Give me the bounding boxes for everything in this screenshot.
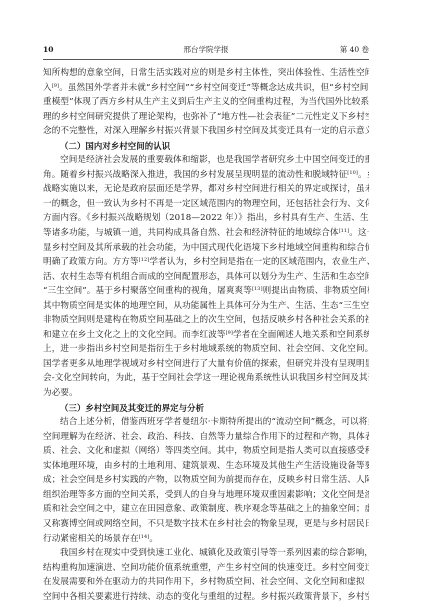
- text-line: 行动紧密相关的场景存在[14]。: [43, 532, 369, 547]
- text-line: 显乡村空间及其所承载的社会功能，为中国式现代化语境下乡村地域空间重构和综合价值重…: [43, 241, 369, 256]
- text-line: 上，进一步指出乡村空间是指衍生于乡村地域系统的物质空间、社会空间、文化空间。尽管…: [43, 342, 369, 357]
- text-line: 战略实施以来，无论是政府层面还是学界，都对乡村空间进行相关的界定或探讨，虽未形成…: [43, 182, 369, 197]
- text-line: 空间是经济社会发展的重要载体和缩影，也是我国学者研究乡土中国空间变迁的重要视: [43, 153, 369, 168]
- volume-label: 第 40 卷: [340, 44, 369, 56]
- section-heading: （二）国内对乡村空间的认识: [43, 139, 369, 154]
- text-line: 知所构想的意象空间，日常生活实践对应的则是乡村主体性，突出体验性、生活性空间的引: [43, 66, 369, 81]
- text-line: 在发展需要和外在驱动力的共同作用下，乡村物质空间、社会空间、文化空间和虚拟（网络…: [43, 575, 369, 590]
- running-header: 10 邢台学院学报 第 40 卷: [43, 44, 369, 58]
- text-line: 成；社会空间是乡村实践的产物，以物质空间为前提而存在，反映乡村日常生活、人际关系…: [43, 473, 369, 488]
- text-line: 和建立在乡土文化之上的文化空间。而李红波等[9]学者在全面阐述人地关系和空间系统…: [43, 328, 369, 343]
- text-line: 质和社会空间之中，建立在田园意象、政策制度、秩序观念等基础之上的抽象空间；虚拟空…: [43, 502, 369, 517]
- text-line: 非物质空间则是建构在物质空间基础之上的次生空间，包括反映乡村各种社会关系的社会空…: [43, 313, 369, 328]
- journal-title: 邢台学院学报: [43, 44, 369, 56]
- article-body: 知所构想的意象空间，日常生活实践对应的则是乡村主体性，突出体验性、生活性空间的引…: [43, 66, 369, 603]
- citation-marker: [13]: [252, 286, 263, 292]
- text-line: 质、社会、文化和虚拟（网络）等四类空间。其中，物质空间是指人类可以直接感受和认知…: [43, 444, 369, 459]
- text-line: 实体地理环境，由乡村的土地利用、建筑景观、生态环境及其他生产生活设施设备等要素所…: [43, 459, 369, 474]
- text-line: 为必要。: [43, 386, 369, 401]
- text-line: 结构重构加速演进、空间功能价值系统重塑，产生乡村空间的快速变迁。乡村空间变迁是在…: [43, 561, 369, 576]
- text-line: 等诸多功能，与城镇一道，共同构成具备自然、社会和经济特征的地域综合体[11]。这…: [43, 226, 369, 241]
- text-line: 一的概念，但一致认为乡村不再是一定区域范围内的物理空间，还包括社会行为、文化意识…: [43, 197, 369, 212]
- citation-marker: [14]: [139, 534, 150, 540]
- text-line: 我国乡村在现实中受到快速工业化、城镇化及政策引导等一系列因素的综合影响，其空间: [43, 546, 369, 561]
- section-heading: （三）乡村空间及其变迁的界定与分析: [43, 401, 369, 416]
- text-line: 角。随着乡村振兴战略深入推进，我国的乡村发展呈现明显的流动性和脱域特征[10]。…: [43, 168, 369, 183]
- text-line: 结合上述分析，借鉴西班牙学者曼纽尔·卡斯特所提出的“流动空间”概念，可以将乡村: [43, 415, 369, 430]
- text-line: 活、农村生态等有机组合而成的空间配置形态，具体可以划分为生产、生活和生态空间，即: [43, 270, 369, 285]
- citation-marker: [12]: [139, 257, 150, 263]
- citation-marker: [9]: [52, 83, 59, 89]
- text-line: 念的不完整性，对深入理解乡村振兴背景下我国乡村空间及其变迁具有一定的启示意义。: [43, 124, 369, 139]
- text-line: 空间理解为在经济、社会、政治、科技、自然等力量综合作用下的过程和产物，具体表现为…: [43, 430, 369, 445]
- text-line: 又称赛博空间或网络空间，不只是数字技术在乡村社会的物象呈现，更是与乡村居民日常生…: [43, 517, 369, 532]
- text-line: 明确了政策方向。方方等[12]学者认为，乡村空间是指在一定的区域范围内，农业生产…: [43, 255, 369, 270]
- text-line: 其中物质空间是实体的地理空间，从功能属性上具体可分为生产、生活、生态“三生空间”…: [43, 299, 369, 314]
- text-line: “三生空间”。基于乡村聚落空间重构的视角，屠爽爽等[13]则提出由物质、非物质空…: [43, 284, 369, 299]
- text-line: 重模型”体现了西方乡村从生产主义到后生产主义的空间重构过程，为当代国外比较系统、…: [43, 95, 369, 110]
- header-rule: [43, 59, 369, 60]
- text-line: 理的乡村空间研究提供了理论架构，也弥补了“地方性—社会表征”二元性定义下乡村空间…: [43, 110, 369, 125]
- text-line: 入[9]。虽然国外学者并未就“乡村空间”“乡村空间变迁”等概念达成共识，但“乡村…: [43, 81, 369, 96]
- text-line: 方面内容。《乡村振兴战略规划（2018—2022 年）》指出，乡村具有生产、生活…: [43, 211, 369, 226]
- citation-marker: [10]: [347, 170, 358, 176]
- citation-marker: [11]: [339, 228, 350, 234]
- text-line: 空间中各相关要素进行持续、动态的变化与重组的过程。乡村振兴政策背景下，乡村空间变…: [43, 590, 369, 603]
- text-line: 组织治理等多方面的空间关系，受到人的自身与地理环境双重因素影响；文化空间是渗透在…: [43, 488, 369, 503]
- text-line: 会-文化空间转向，为此，基于空间社会学这一理论视角系统性认识我国乡村空间及其变迁…: [43, 371, 369, 386]
- citation-marker: [9]: [226, 330, 233, 336]
- text-line: 国学者更多从地理学视域对乡村空间进行了大量有价值的探索，但研究并没有呈现明显的社: [43, 357, 369, 372]
